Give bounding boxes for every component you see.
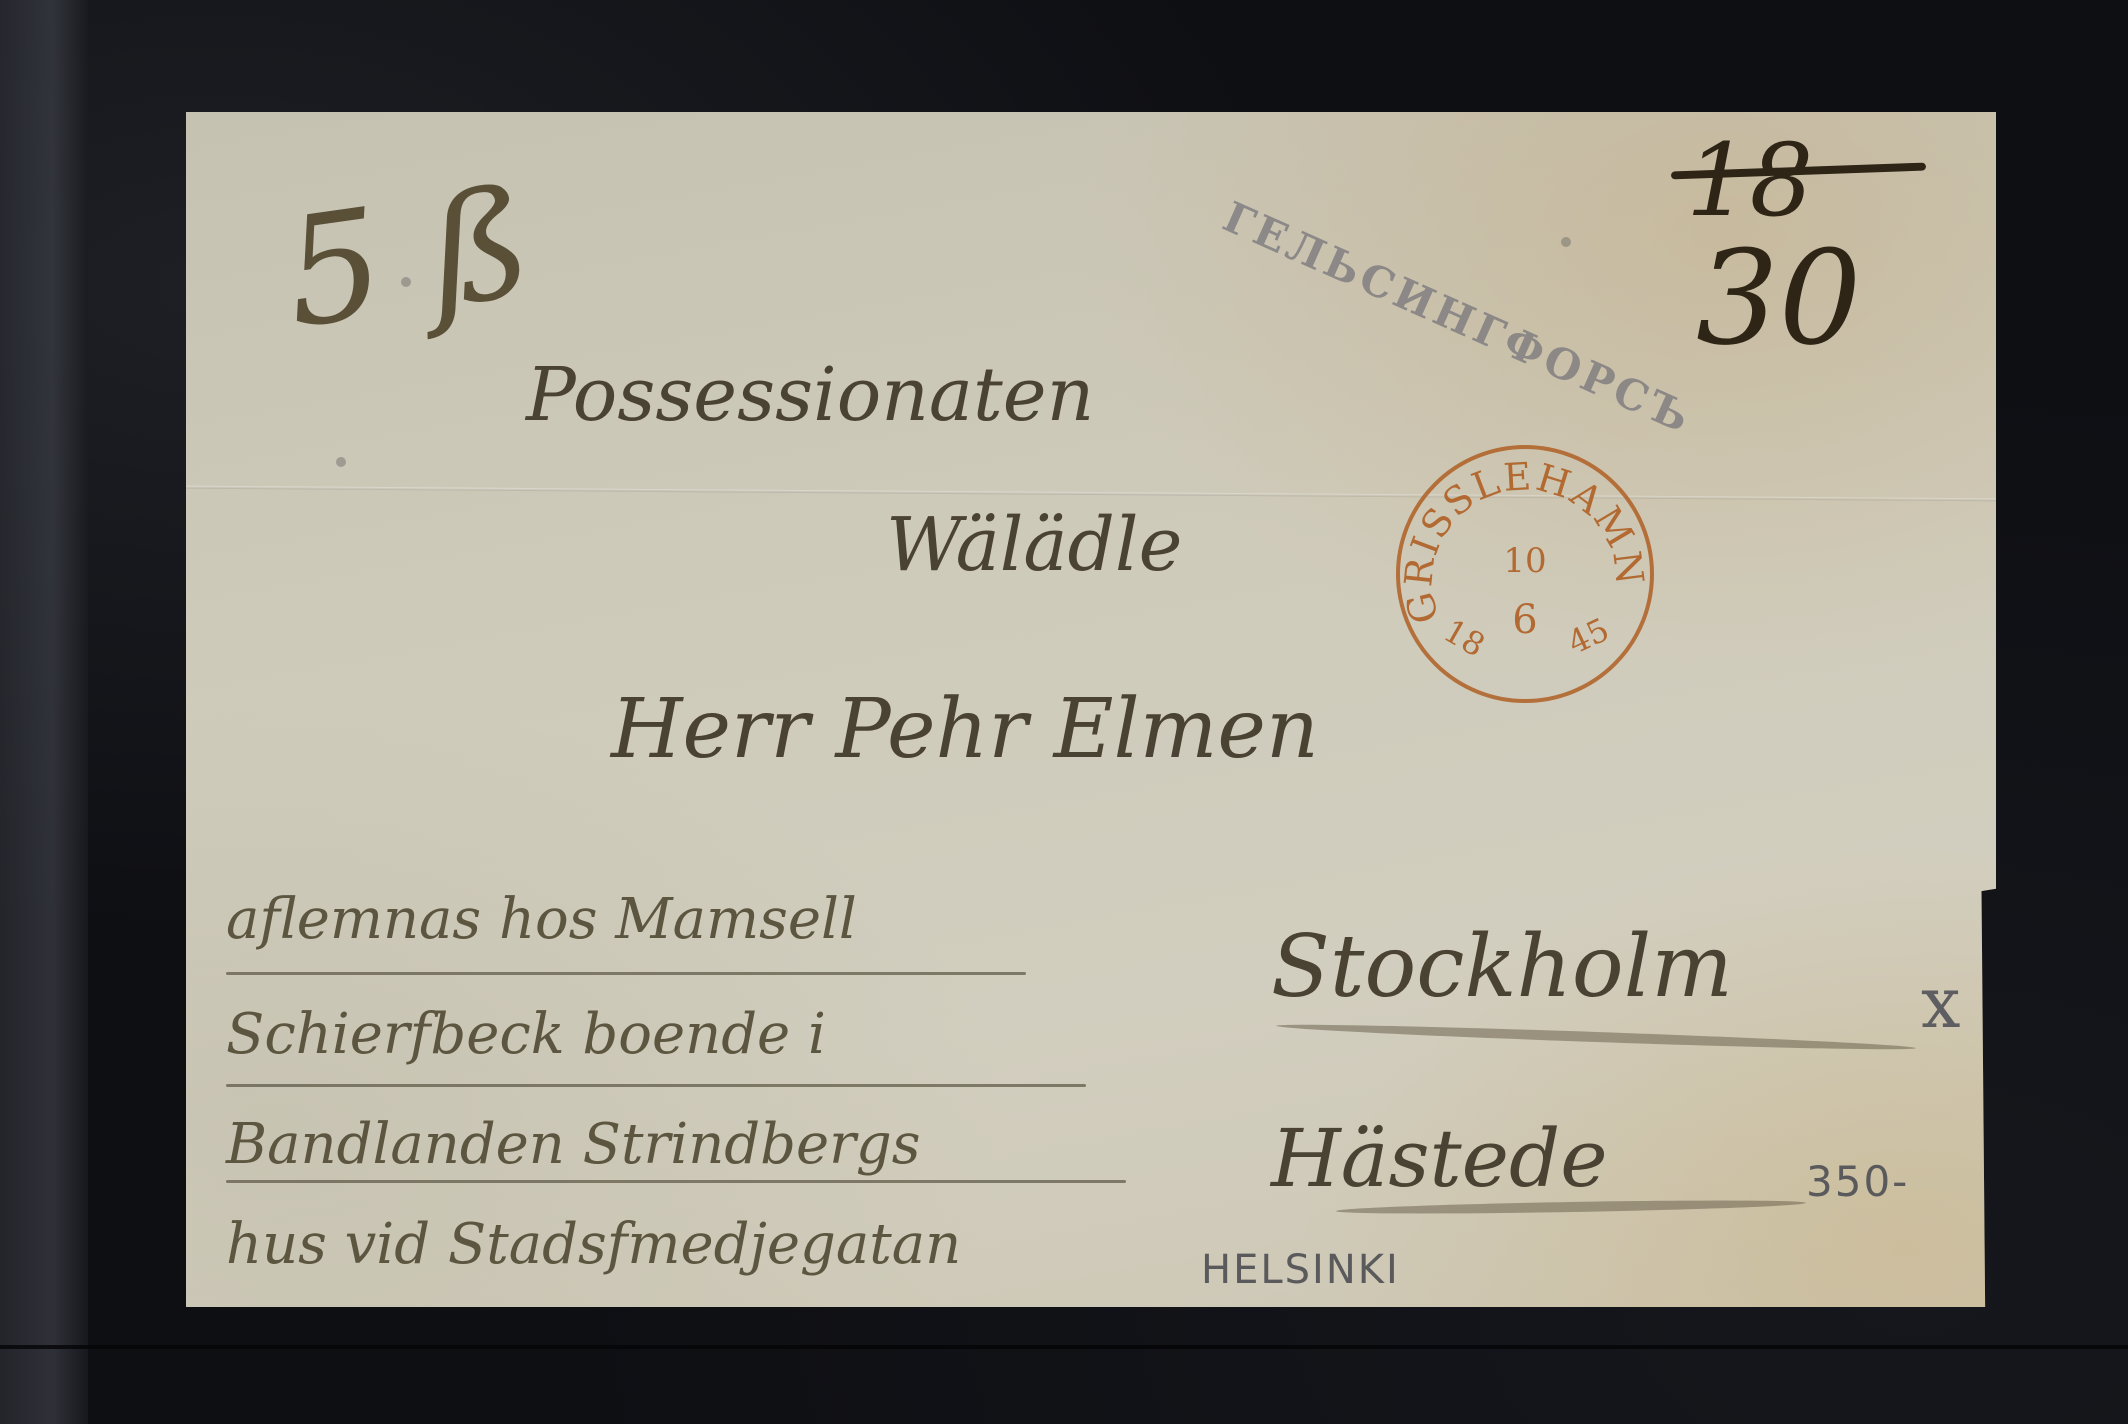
delivery-note-underline [226, 1084, 1086, 1087]
paper-fold-line [186, 486, 1996, 502]
letter-cover: 5 ß 18 30 ГЕЛЬСИНГФОРСЪ GRISSLEHAMN 10 6… [186, 112, 1996, 1307]
delivery-note-line: Bandlanden Strindbergs [226, 1112, 920, 1177]
rate-marking-initial: 5 ß [275, 156, 540, 362]
delivery-note-line: Schierfbeck boende i [226, 1002, 826, 1067]
address-city: Stockholm [1271, 917, 1733, 1017]
helsingfors-straight-line-handstamp: ГЕЛЬСИНГФОРСЪ [1216, 192, 1700, 443]
address-title: Possessionaten [526, 352, 1094, 438]
foxing-spot [336, 457, 346, 467]
delivery-note-line: hus vid Stadsfmedjegatan [226, 1212, 961, 1277]
grisslehamn-circular-datestamp: GRISSLEHAMN 10 6 18 45 [1396, 445, 1654, 703]
address-recipient-name: Herr Pehr Elmen [611, 682, 1319, 777]
pencil-price-annotation: 350- [1806, 1157, 1909, 1206]
delivery-note-underline [226, 972, 1026, 975]
address-district: Hästede [1271, 1112, 1608, 1205]
foxing-spot [1561, 237, 1571, 247]
rate-marking-corrected: 30 [1696, 222, 1861, 374]
delivery-note-line: aflemnas hos Mamsell [226, 887, 857, 952]
cds-month: 6 [1400, 597, 1650, 643]
pencil-x-mark: x [1921, 962, 1960, 1044]
delivery-note-underline [226, 1180, 1126, 1183]
cds-day: 10 [1400, 541, 1650, 581]
pencil-place-annotation: HELSINKI [1201, 1247, 1400, 1293]
album-binding-edge [0, 0, 88, 1424]
city-underline-swash [1276, 1021, 1916, 1053]
album-page-rule [0, 1345, 2128, 1349]
address-honorific: Wälädle [886, 502, 1182, 588]
